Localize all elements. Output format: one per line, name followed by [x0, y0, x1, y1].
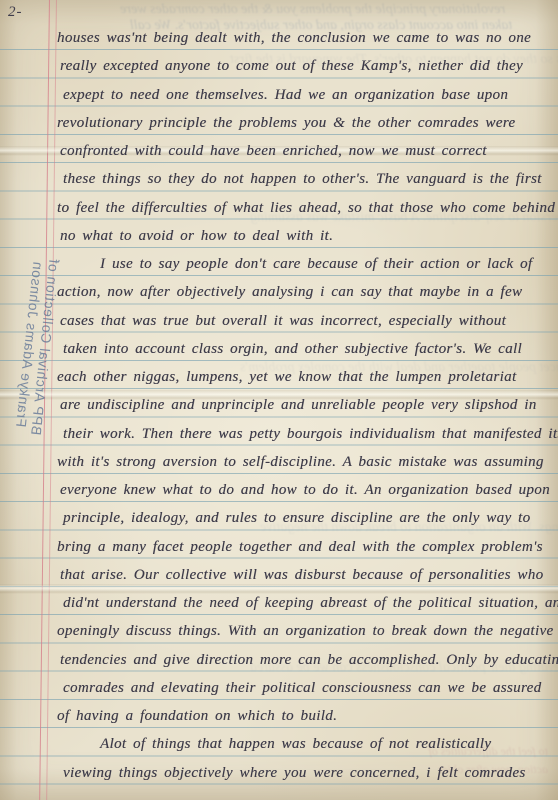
handwritten-line: principle, idealogy, and rules to ensure…	[63, 510, 530, 534]
handwritten-line: bring a many facet people together and d…	[57, 539, 543, 563]
handwritten-line: tendencies and give direction more can b…	[60, 652, 558, 676]
handwritten-line: really excepted anyone to come out of th…	[60, 58, 523, 82]
handwritten-line: revolutionary principle the problems you…	[57, 115, 515, 139]
handwritten-line: that arise. Our collective will was disb…	[60, 567, 543, 591]
handwritten-line: I use to say people don't care because o…	[100, 256, 532, 280]
handwritten-line: of having a foundation on which to build…	[57, 708, 337, 732]
handwritten-line: are undiscipline and unprinciple and unr…	[60, 397, 537, 421]
handwritten-line: these things so they do not happen to ot…	[63, 171, 542, 195]
handwritten-line: taken into account class orgin, and othe…	[63, 341, 522, 365]
notebook-page: revolutionary principle the problems you…	[0, 0, 558, 800]
handwritten-line: expept to need one themselves. Had we an…	[63, 87, 508, 111]
handwritten-line: action, now after objectively analysing …	[57, 284, 522, 308]
handwritten-line: everyone knew what to do and how to do i…	[60, 482, 550, 506]
handwritten-line: confronted with could have been enriched…	[60, 143, 487, 167]
handwritten-line: to feel the differculties of what lies a…	[57, 200, 555, 224]
handwritten-line: comrades and elevating their political c…	[63, 680, 541, 704]
handwritten-line: each other niggas, lumpens, yet we know …	[57, 369, 517, 393]
handwritten-line: houses was'nt being dealt with, the conc…	[57, 30, 531, 54]
handwritten-line: cases that was true but overall it was i…	[60, 313, 506, 337]
handwritten-line: did'nt understand the need of keeping ab…	[63, 595, 558, 619]
handwriting: houses was'nt being dealt with, the conc…	[0, 0, 558, 800]
handwritten-line: their work. Then there was petty bourgoi…	[63, 426, 558, 450]
handwritten-line: Alot of things that happen was because o…	[100, 736, 491, 760]
handwritten-line: viewing things objectively where you wer…	[63, 765, 526, 789]
handwritten-line: no what to avoid or how to deal with it.	[60, 228, 333, 252]
handwritten-line: openingly discuss things. With an organi…	[57, 623, 553, 647]
handwritten-line: with it's strong aversion to self-discip…	[57, 454, 544, 478]
